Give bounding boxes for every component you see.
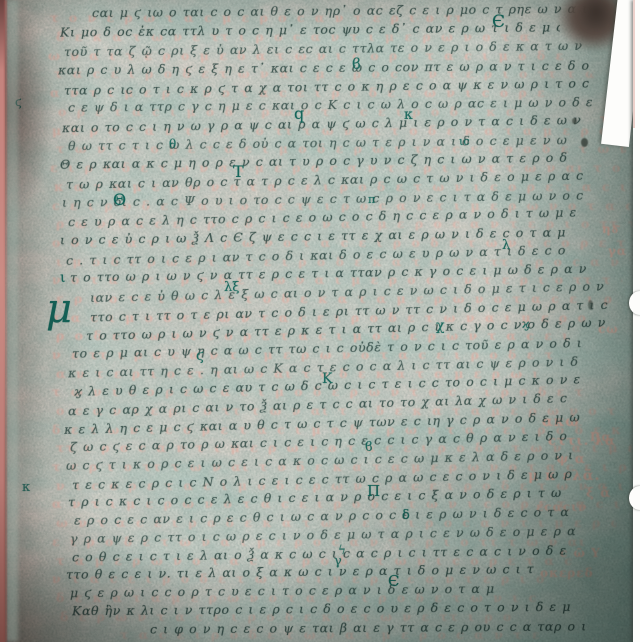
palimpsest-photo: τ ο ν ε ρ ω τ α ϲ μ ε ρ ο ϲ α ν τ ε ρ ι …: [0, 0, 640, 642]
dark-speck: [572, 118, 577, 124]
page-shading-vignette: [0, 0, 640, 642]
binding-edge-inner: [4, 0, 7, 642]
scan-border-pink-hairline: [633, 0, 635, 128]
dark-speck: [581, 138, 588, 147]
dark-speck: [588, 300, 593, 310]
gutter-highlight-strip: [6, 0, 18, 642]
